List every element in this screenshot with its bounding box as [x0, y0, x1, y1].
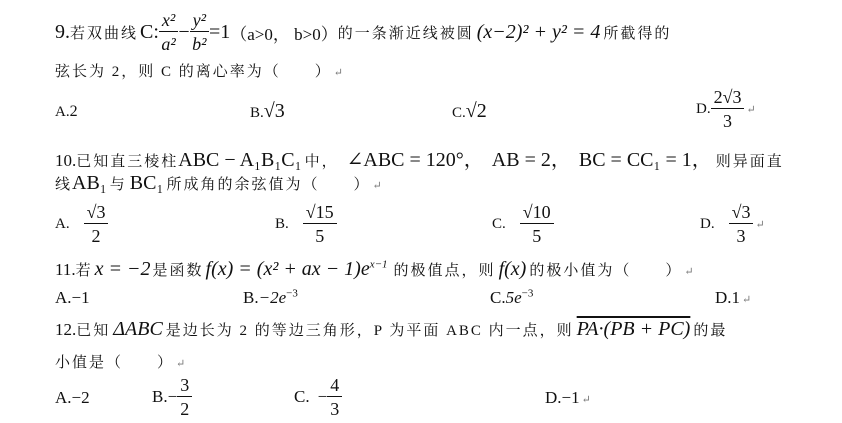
q12-triangle: ΔABC — [113, 318, 163, 341]
q9-text-mid: 的一条渐近线被圆 — [338, 22, 474, 43]
q9-number: 9. — [55, 21, 70, 44]
paragraph-mark-icon: ↵ — [746, 103, 755, 116]
option-fraction: √105 — [520, 203, 554, 245]
option-label: A. — [55, 288, 72, 307]
option-exponent: −3 — [522, 287, 534, 299]
paragraph-mark-icon: ↵ — [755, 218, 764, 231]
q9-frac-y: y² b² — [190, 11, 209, 53]
q10-prism: ABC − A₁B₁C₁ — [178, 149, 301, 172]
q10-ab: AB = 2， — [492, 143, 571, 172]
option-label: D. — [545, 388, 562, 407]
q12-number: 12. — [55, 320, 76, 340]
function-body: f(x) = (x² + ax − 1)e — [206, 258, 370, 280]
q9-line2-text: 弦长为 2，则 C 的离心率为（ ） — [55, 64, 332, 80]
q11-option-c[interactable]: C.5e−3 — [490, 288, 533, 308]
q9-curve-name: C: — [140, 21, 159, 44]
paragraph-mark-icon: ↵ — [176, 358, 187, 370]
option-value: 1 — [732, 288, 741, 307]
frac-numerator: √10 — [520, 203, 554, 224]
paragraph-mark-icon: ↵ — [372, 179, 381, 192]
q9-frac-x: x² a² — [159, 11, 178, 53]
q10-text-pre: 已知直三棱柱 — [76, 150, 178, 171]
q10-bc1: BC₁ — [130, 172, 164, 195]
frac-numerator: 3 — [177, 376, 192, 397]
option-label: C. — [492, 216, 506, 233]
q9-stem-line1: 9. 若双曲线 C: x² a² − y² b² =1 （a>0， b>0） 的… — [55, 10, 671, 54]
q10-option-a[interactable]: A. √32 — [55, 203, 108, 245]
option-fraction: 2√3 3 — [711, 88, 745, 130]
option-value: √3 — [264, 100, 285, 122]
option-label: A. — [55, 388, 72, 407]
option-fraction: √155 — [303, 203, 337, 245]
q10-option-b[interactable]: B. √155 — [275, 203, 337, 245]
q10-text-post: 则异面直 — [716, 150, 784, 171]
q9-option-c[interactable]: C.√2 — [452, 100, 487, 123]
option-exponent: −3 — [286, 287, 298, 299]
frac-denominator: a² — [159, 32, 178, 53]
q10-line2-pre: 线 — [55, 173, 72, 194]
option-sign: − — [318, 387, 328, 407]
option-label: D. — [700, 216, 715, 233]
q10-line2-mid: 与 — [110, 173, 127, 194]
q11-option-d[interactable]: D.1↵ — [715, 288, 751, 308]
frac-denominator: 3 — [729, 224, 754, 245]
q11-text-post: 的极小值为（ ） — [529, 259, 682, 280]
frac-numerator: 2√3 — [711, 88, 745, 109]
q12-vector-expression: PA·(PB + PC) — [577, 318, 691, 341]
q12-stem-line1: 12. 已知 ΔABC 是边长为 2 的等边三角形，P 为平面 ABC 内一点，… — [55, 318, 727, 341]
q12-option-d[interactable]: D.−1↵ — [545, 388, 591, 408]
q10-option-d[interactable]: D. √33↵ — [700, 203, 765, 245]
frac-numerator: x² — [159, 11, 178, 32]
frac-denominator: 5 — [303, 224, 337, 245]
q12-line2-text: 小值是（ ） — [55, 355, 174, 371]
option-label: D. — [715, 288, 732, 307]
q9-text-post: 所截得的 — [603, 22, 671, 43]
paragraph-mark-icon: ↵ — [684, 265, 693, 278]
frac-denominator: 2 — [84, 224, 109, 245]
frac-denominator: 5 — [520, 224, 554, 245]
frac-denominator: 3 — [327, 397, 342, 418]
q11-x-value: x = −2 — [95, 258, 151, 281]
q10-text-mid: 中， — [305, 150, 339, 171]
frac-denominator: 3 — [711, 109, 745, 130]
frac-denominator: b² — [190, 32, 209, 53]
q12-text-mid: 是边长为 2 的等边三角形，P 为平面 ABC 内一点，则 — [166, 319, 574, 340]
option-value: −1 — [72, 288, 90, 307]
option-label: D. — [696, 101, 711, 118]
q11-text-mid2: 的极值点，则 — [394, 259, 496, 280]
frac-numerator: √3 — [84, 203, 109, 224]
q11-text-pre: 若 — [76, 259, 93, 280]
option-label: B. — [152, 387, 168, 407]
q10-angle: ∠ABC = 120°， — [347, 143, 484, 172]
option-label: B. — [275, 216, 289, 233]
q11-text-mid1: 是函数 — [153, 259, 204, 280]
q12-stem-line2: 小值是（ ）↵ — [55, 351, 187, 372]
q9-stem-line2: 弦长为 2，则 C 的离心率为（ ）↵ — [55, 60, 345, 81]
function-exponent: x−1 — [370, 258, 388, 270]
option-value: 5e — [506, 288, 522, 307]
q9-circle-equation: (x−2)² + y² = 4 — [477, 21, 601, 44]
q10-bc: BC = CC₁ = 1， — [579, 143, 712, 172]
equals-one: =1 — [209, 21, 230, 44]
q11-option-b[interactable]: B.−2e−3 — [243, 288, 298, 308]
option-value: −2e — [259, 288, 287, 307]
q12-text-post: 的最 — [693, 319, 727, 340]
q9-option-d[interactable]: D. 2√3 3 ↵ — [696, 88, 756, 130]
option-label: C. — [490, 288, 506, 307]
q11-number: 11. — [55, 260, 76, 280]
frac-numerator: √15 — [303, 203, 337, 224]
q9-condition: （a>0， b>0） — [230, 20, 337, 45]
option-label: A. — [55, 104, 70, 120]
frac-numerator: y² — [190, 11, 209, 32]
q12-option-b[interactable]: B.− 32 — [152, 376, 192, 418]
paragraph-mark-icon: ↵ — [582, 394, 591, 406]
q9-option-a[interactable]: A.2 — [55, 103, 78, 121]
frac-numerator: 4 — [327, 376, 342, 397]
option-value: −1 — [562, 388, 580, 407]
q10-line2-post: 所成角的余弦值为（ ） — [166, 173, 370, 194]
option-label: A. — [55, 216, 70, 233]
q9-text-pre: 若双曲线 — [70, 22, 138, 43]
option-sign: − — [168, 387, 178, 407]
paragraph-mark-icon: ↵ — [334, 67, 345, 79]
option-fraction: √32 — [84, 203, 109, 245]
option-fraction: 32 — [177, 376, 192, 418]
q10-ab1: AB₁ — [72, 172, 107, 195]
option-label: B. — [250, 105, 264, 121]
q11-stem: 11. 若 x = −2 是函数 f(x) = (x² + ax − 1)ex−… — [55, 258, 694, 281]
q12-option-a[interactable]: A.−2 — [55, 388, 90, 408]
q12-text-pre: 已知 — [76, 319, 110, 340]
q11-function: f(x) = (x² + ax − 1)ex−1 — [206, 258, 388, 281]
option-label: B. — [243, 288, 259, 307]
q10-stem-line2: 线 AB₁ 与 BC₁ 所成角的余弦值为（ ）↵ — [55, 172, 382, 195]
option-value: √2 — [466, 100, 487, 122]
minus-sign: − — [178, 21, 189, 44]
q11-option-a[interactable]: A.−1 — [55, 288, 90, 308]
paragraph-mark-icon: ↵ — [742, 294, 751, 306]
q10-stem-line1: 10. 已知直三棱柱 ABC − A₁B₁C₁ 中， ∠ABC = 120°， … — [55, 143, 784, 172]
option-fraction: 43 — [327, 376, 342, 418]
option-label: C. — [294, 387, 310, 407]
option-value: 2 — [70, 103, 78, 120]
q9-option-b[interactable]: B.√3 — [250, 100, 285, 123]
frac-denominator: 2 — [177, 397, 192, 418]
q10-number: 10. — [55, 151, 76, 171]
frac-numerator: √3 — [729, 203, 754, 224]
option-label: C. — [452, 105, 466, 121]
q11-fx: f(x) — [499, 258, 527, 281]
option-value: −2 — [72, 388, 90, 407]
q12-option-c[interactable]: C.− 43 — [294, 376, 342, 418]
q10-option-c[interactable]: C. √105 — [492, 203, 554, 245]
option-fraction: √33 — [729, 203, 754, 245]
